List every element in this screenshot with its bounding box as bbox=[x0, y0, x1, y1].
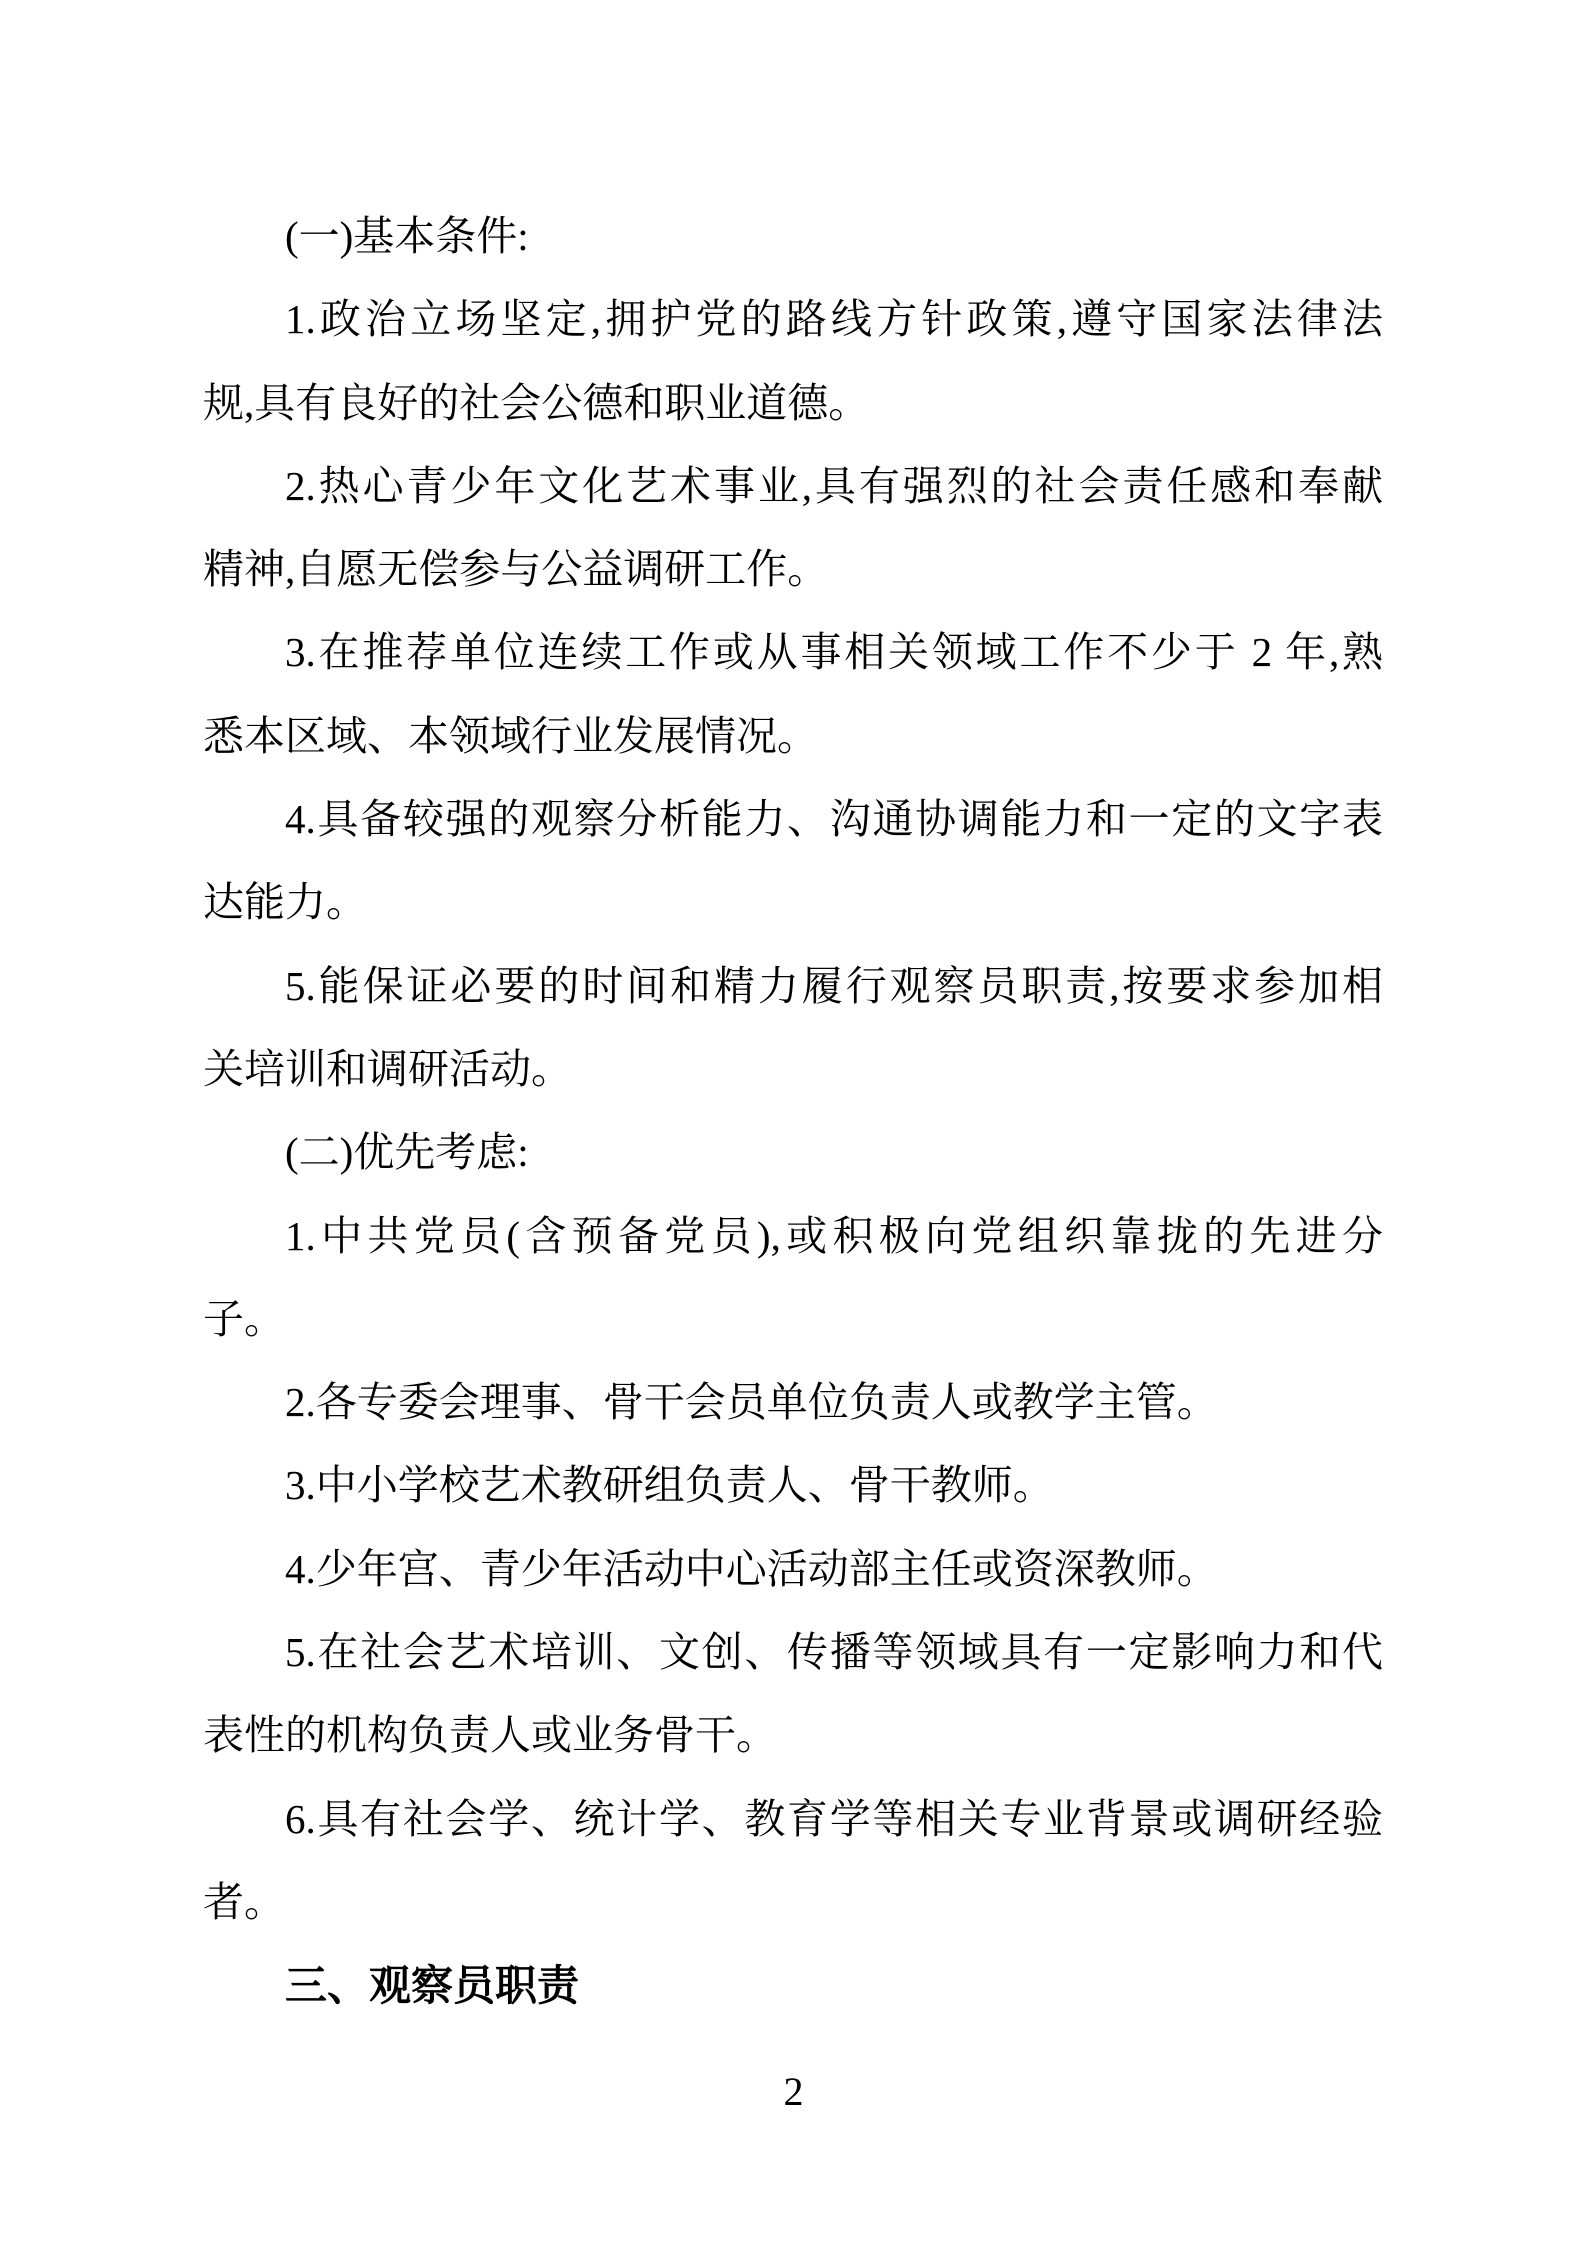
text-line: 1.政治立场坚定,拥护党的路线方针政策,遵守国家法律法 bbox=[203, 278, 1383, 361]
text-line: 者。 bbox=[203, 1861, 1383, 1944]
text-line: 表性的机构负责人或业务骨干。 bbox=[203, 1694, 1383, 1777]
text-line: 规,具有良好的社会公德和职业道德。 bbox=[203, 362, 1383, 445]
main-heading-observer-duties: 三、观察员职责 bbox=[203, 1944, 1383, 2027]
list-item-line: 3.中小学校艺术教研组负责人、骨干教师。 bbox=[203, 1444, 1383, 1527]
text-line: 关培训和调研活动。 bbox=[203, 1028, 1383, 1111]
text-line: 达能力。 bbox=[203, 861, 1383, 944]
text-line: 6.具有社会学、统计学、教育学等相关专业背景或调研经验 bbox=[203, 1778, 1383, 1861]
list-item-line: 2.各专委会理事、骨干会员单位负责人或教学主管。 bbox=[203, 1361, 1383, 1444]
text-line: 5.能保证必要的时间和精力履行观察员职责,按要求参加相 bbox=[203, 945, 1383, 1028]
text-line: 1.中共党员(含预备党员),或积极向党组织靠拢的先进分 bbox=[203, 1195, 1383, 1278]
text-line: 2.热心青少年文化艺术事业,具有强烈的社会责任感和奉献 bbox=[203, 445, 1383, 528]
text-line: 精神,自愿无偿参与公益调研工作。 bbox=[203, 528, 1383, 611]
list-item-line: 4.少年宫、青少年活动中心活动部主任或资深教师。 bbox=[203, 1528, 1383, 1611]
document-body: (一)基本条件: 1.政治立场坚定,拥护党的路线方针政策,遵守国家法律法 规,具… bbox=[203, 195, 1383, 2028]
document-page: (一)基本条件: 1.政治立场坚定,拥护党的路线方针政策,遵守国家法律法 规,具… bbox=[0, 0, 1587, 2245]
text-line: 4.具备较强的观察分析能力、沟通协调能力和一定的文字表 bbox=[203, 778, 1383, 861]
text-line: 5.在社会艺术培训、文创、传播等领域具有一定影响力和代 bbox=[203, 1611, 1383, 1694]
text-line: 悉本区域、本领域行业发展情况。 bbox=[203, 695, 1383, 778]
text-line: 3.在推荐单位连续工作或从事相关领域工作不少于 2 年,熟 bbox=[203, 611, 1383, 694]
section-heading-priority: (二)优先考虑: bbox=[203, 1111, 1383, 1194]
text-line: 子。 bbox=[203, 1278, 1383, 1361]
page-number: 2 bbox=[0, 2072, 1587, 2112]
section-heading-basic-conditions: (一)基本条件: bbox=[203, 195, 1383, 278]
